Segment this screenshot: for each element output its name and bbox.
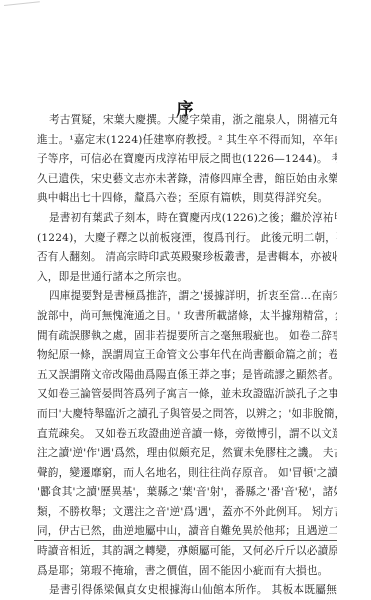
- text-line: 類，不勝枚舉；文選注之音'逆'爲'遇'，蓋亦不外此例耳。 矧方言不: [37, 503, 337, 523]
- text-line: 四庫提要對是書極爲推許，謂之'援據詳明，折衷至當…在南宋: [37, 287, 337, 307]
- text-line: 典中輯出七十四條，釐爲六卷；至原有篇帙，則莫得詳究矣。: [37, 189, 337, 209]
- text-line: 爲是耶；第瑕不掩瑜，書之價值，固不能因小疵而有大損也。: [37, 562, 337, 582]
- text-line: 物紀原一條，誤謂周宣王命管文公事年代在尚書顧命篇之前；卷: [37, 346, 337, 366]
- text-line: 久已遺佚，宋史藝文志亦未著錄，清修四庫全書，館臣始由永樂大: [37, 170, 337, 190]
- text-line: 否有人翻刻。 清高宗時印武英殿聚珍板叢書，是書輯本，亦被收: [37, 248, 337, 268]
- text-line: 是書初有葉武子刻本，時在寶慶丙戌(1226)之後；繼於淳祐甲辰: [37, 209, 337, 229]
- preface-body: 考古質疑，宋葉大慶撰。大慶字榮甫，浙之龍泉人，開禧元年(1205) 進士。¹嘉定…: [37, 111, 337, 600]
- text-line: 直荒疎矣。 又如卷五玫證曲逆音讀一條，旁徵博引，謂不以文選: [37, 425, 337, 445]
- text-line: 是書引得係梁佩貞女史根據海山仙館本所作。 其板本既屬無: [37, 581, 337, 600]
- text-line: 聲韵，變遷靡窮，而人名地名，則往往尚存原音。 如'冒頓'之讀'墨毒'，: [37, 464, 337, 484]
- text-line: (1224)，大慶子釋之以前板寖湮，復爲刊行。 此後元明二朝，不知曾: [37, 229, 337, 249]
- text-line: 五又誤謂隋文帝改陽曲爲陽直係王莽之事；是皆疏謬之顯然者。: [37, 366, 337, 386]
- text-line: 說部中，尚可無愧淹通之目。' 玫書所載諸條，太半據翔精當，然亦: [37, 307, 337, 327]
- text-line: 又如卷三論管晏問答爲列子寓言一條，並未玫證臨沂談孔子之事，: [37, 385, 337, 405]
- text-line: 子等序，可信必在寶慶丙戌淳祐甲辰之間也(1226—1244)。 考古質疑: [37, 150, 337, 170]
- footer-rule: [34, 540, 337, 541]
- text-line: 進士。¹嘉定末(1224)任建寧府教授。² 其生卒不得而知，卒年由葉武: [37, 131, 337, 151]
- text-line: 注之讀'逆'作'遇'爲然，理由似頗充足，然實未免膠柱之譏。 夫古今: [37, 444, 337, 464]
- text-line: 入，即是世通行諸本之所宗也。: [37, 268, 337, 288]
- text-line: 間有疏誤膠執之處，固非若提要所言之毫無瑕疵也。 如卷二辞事: [37, 327, 337, 347]
- page-number: 1: [0, 545, 371, 555]
- text-line: '酈食其'之讀'歷異基'，葉縣之'葉'音'射'，番縣之'番'音'秘'，諸如此: [37, 483, 337, 503]
- text-line: 而曰'大慶特舉臨沂之讀孔子與管晏之問答，以辨之；'如非脫簡，則: [37, 405, 337, 425]
- scan-artifact-mark: [4, 1, 40, 6]
- text-line: 考古質疑，宋葉大慶撰。大慶字榮甫，浙之龍泉人，開禧元年(1205): [37, 111, 337, 131]
